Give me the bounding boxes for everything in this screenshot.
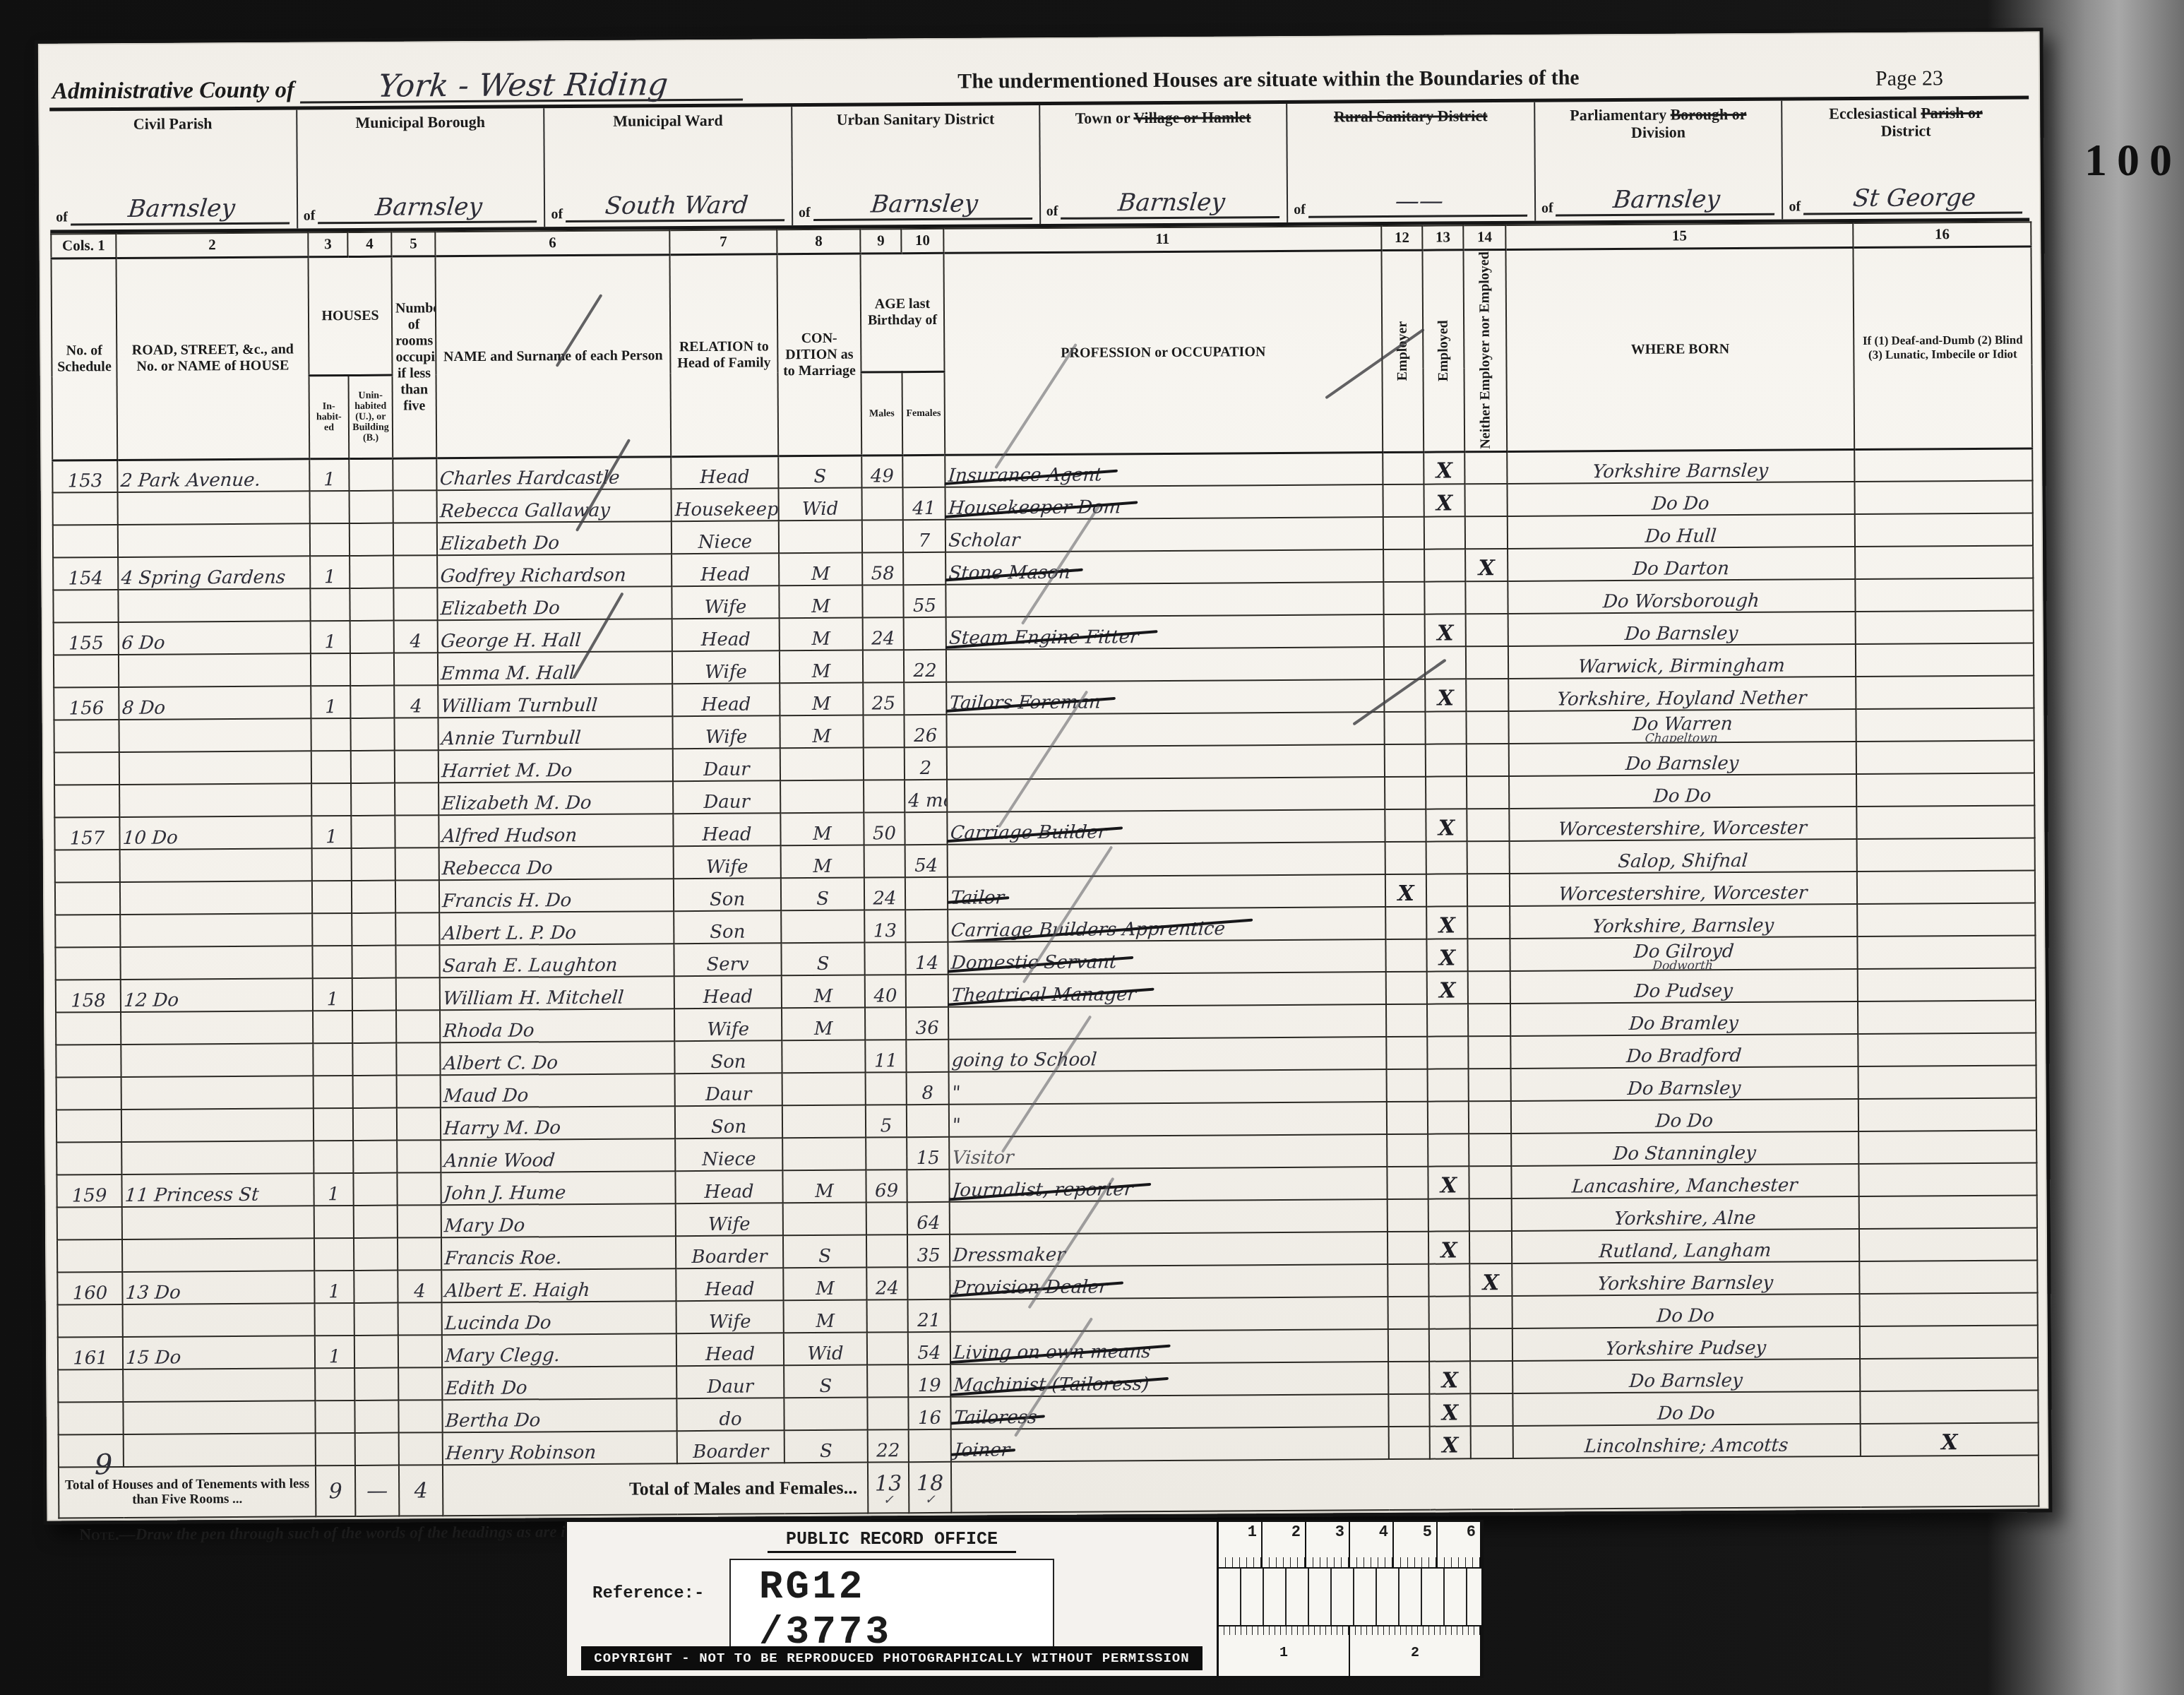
cell-employer (1383, 582, 1424, 614)
totals-females: 18✓ (909, 1462, 951, 1513)
census-scan: { "page": { "page_label": "Page 23", "ma… (0, 0, 2184, 1695)
cell-employed (1424, 517, 1465, 549)
col-number: 7 (669, 230, 777, 254)
header-age-group: AGE last Birthday of (860, 253, 944, 372)
cell-address (121, 1304, 316, 1338)
cell-rooms (395, 751, 438, 783)
cell-uninhabited (350, 491, 393, 523)
cell-inhabited: 1 (315, 1336, 354, 1368)
cell-inhabited: 1 (314, 1271, 354, 1303)
cell-inhabited: 1 (313, 978, 352, 1011)
cell-age_f: 64 (907, 1202, 950, 1235)
cell-condition: Wid (779, 488, 862, 521)
cell-where_born: Do WarrenChapeltown (1508, 709, 1858, 744)
cell-relation: Wife (672, 716, 780, 749)
cell-schedule (56, 1110, 121, 1143)
cell-infirmity (1858, 1001, 2036, 1035)
cell-employer (1385, 809, 1426, 842)
situate-line: The undermentioned Houses are situate wi… (744, 64, 1793, 100)
cell-occupation: Stone Mason (944, 549, 1385, 585)
header-schedule: No. of Schedule (51, 258, 117, 460)
cell-inhabited: 1 (310, 556, 350, 588)
cell-infirmity (1858, 1131, 2036, 1165)
cell-employed (1425, 647, 1466, 679)
cell-inhabited (314, 1141, 353, 1173)
cell-condition: M (782, 1170, 866, 1203)
cell-address (117, 492, 311, 525)
cell-age_f: 19 (908, 1364, 950, 1397)
ruler-number: 1 (1219, 1626, 1350, 1676)
cell-uninhabited (353, 1173, 397, 1206)
cell-neither (1465, 516, 1508, 549)
cell-rooms (398, 1336, 442, 1368)
cell-where_born: Worcestershire, Worcester (1508, 807, 1858, 841)
cell-inhabited (313, 1011, 352, 1043)
cell-employer (1388, 1394, 1429, 1427)
cell-occupation: Theatrical Manager (947, 972, 1388, 1007)
cell-schedule (58, 1304, 123, 1338)
cell-schedule (55, 915, 120, 948)
cell-schedule (56, 1077, 121, 1110)
cell-schedule: 158 (56, 980, 121, 1013)
cell-where_born: Do Stanningley (1510, 1131, 1860, 1166)
cell-age_m: 24 (863, 618, 904, 650)
field-value: Barnsley (813, 189, 1034, 221)
cell-employer: X (1385, 874, 1426, 907)
ruler-number: 2 (1350, 1626, 1481, 1676)
cell-where_born: Do GilroydDodworth (1509, 936, 1859, 971)
cell-address (118, 719, 313, 753)
cell-infirmity (1856, 806, 2034, 840)
census-page: Administrative County of York - West Rid… (35, 28, 2053, 1524)
cell-uninhabited (354, 1238, 398, 1271)
cell-address (120, 1109, 315, 1143)
cell-condition: M (780, 618, 863, 651)
cell-age_m (864, 845, 905, 878)
cell-inhabited (312, 913, 352, 946)
header-condition: CON-DITION as to Marriage (777, 254, 861, 456)
cell-where_born: Lincolnshire; Amcotts (1512, 1424, 1862, 1458)
cell-age_f: 36 (906, 1007, 948, 1040)
cell-inhabited (311, 653, 350, 686)
cell-occupation: Steam Engine Fitter (945, 614, 1385, 650)
cell-employer (1388, 1297, 1429, 1329)
cell-condition: S (781, 878, 864, 911)
cell-inhabited (310, 588, 350, 621)
cell-name: Elizabeth Do (436, 522, 673, 556)
cell-relation: do (676, 1398, 784, 1432)
cell-employed (1427, 1037, 1468, 1069)
cell-neither (1469, 1134, 1511, 1166)
header-name: NAME and Surname of each Person (435, 254, 671, 458)
cell-inhabited (315, 1368, 354, 1400)
cell-where_born: Salop, Shifnal (1508, 839, 1858, 874)
cell-name: Charles Hardcastle (436, 457, 673, 491)
cell-age_m (866, 1235, 907, 1268)
cell-age_f (905, 812, 947, 845)
cell-address (119, 849, 314, 883)
cell-relation: Serv (674, 944, 781, 977)
cell-employed (1427, 1004, 1468, 1037)
cell-address: 2 Park Avenue. (117, 459, 311, 493)
cell-inhabited: 1 (309, 458, 349, 491)
header-houses-group: HOUSES (308, 256, 392, 376)
cell-inhabited (316, 1433, 355, 1465)
cell-rooms (393, 556, 437, 588)
cell-where_born: Do Barnsley (1508, 742, 1858, 776)
cell-occupation: Tailor (946, 874, 1387, 910)
cell-where_born: Do Do (1512, 1391, 1862, 1426)
cell-schedule (53, 590, 118, 623)
cell-infirmity (1859, 1261, 2037, 1295)
cell-infirmity (1858, 1033, 2036, 1067)
cell-neither (1467, 776, 1509, 809)
cell-inhabited: 1 (311, 686, 350, 718)
cell-schedule: 160 (57, 1272, 122, 1305)
cell-where_born: Do Do (1506, 482, 1856, 516)
cell-uninhabited (350, 523, 393, 556)
cell-where_born: Lancashire, Manchester (1510, 1164, 1861, 1199)
ruler-bottom-scale: 12 (1219, 1626, 1481, 1676)
cell-inhabited (310, 491, 350, 523)
cell-employer (1386, 972, 1427, 1004)
cell-occupation: Carriage Builder (946, 809, 1387, 845)
cell-schedule (53, 492, 118, 525)
cell-address: 8 Do (117, 686, 312, 720)
cell-employer (1383, 452, 1424, 484)
cell-employer (1385, 842, 1426, 874)
cell-rooms (393, 491, 437, 523)
cell-rooms (398, 1303, 442, 1336)
cell-where_born: Do Pudsey (1509, 969, 1859, 1004)
cell-inhabited (314, 1108, 353, 1141)
cell-rooms (397, 1141, 441, 1173)
cell-uninhabited (349, 458, 393, 491)
cell-age_m (864, 780, 905, 813)
cell-age_m: 22 (868, 1430, 909, 1463)
cell-employed: X (1429, 1394, 1470, 1427)
field-value: —— (1308, 186, 1530, 218)
cell-condition: S (784, 1365, 867, 1398)
field-value: St George (1803, 183, 2025, 215)
page-number: Page 23 (1793, 66, 2026, 94)
cell-employer (1384, 614, 1425, 647)
cell-rooms (395, 881, 439, 913)
cell-age_f (904, 617, 946, 650)
cell-name: Harry M. Do (439, 1107, 676, 1141)
cell-neither (1467, 939, 1510, 971)
cell-inhabited (313, 1043, 352, 1076)
header-rooms: Number of rooms occupied if less than fi… (391, 256, 436, 458)
cell-inhabited (314, 1238, 354, 1271)
cell-occupation: Tailors Foreman (945, 679, 1385, 715)
cell-condition: S (784, 1430, 868, 1463)
cell-address: 10 Do (119, 816, 314, 850)
cell-inhabited: 1 (314, 1173, 353, 1206)
cell-occupation: Living on own means (949, 1329, 1390, 1364)
cell-infirmity (1857, 838, 2035, 872)
cell-infirmity (1856, 741, 2034, 775)
cell-occupation: Housekeeper Dom (944, 484, 1385, 520)
field-value: Barnsley (71, 194, 292, 225)
cell-infirmity (1857, 871, 2035, 905)
cell-age_m: 25 (863, 683, 904, 715)
cell-age_f: 21 (908, 1299, 950, 1332)
cell-uninhabited (354, 1206, 398, 1238)
cell-condition (782, 1138, 866, 1171)
cell-infirmity (1855, 546, 2033, 580)
cell-neither (1464, 451, 1507, 484)
cell-employed: X (1424, 452, 1464, 484)
cell-employer (1384, 647, 1425, 679)
cell-uninhabited (351, 751, 395, 783)
cell-neither (1470, 1328, 1512, 1361)
cell-neither (1469, 1069, 1511, 1101)
header-field-7: Ecclesiastical Parish orDistrictofSt Geo… (1783, 99, 2030, 219)
cell-where_born: Worcestershire, Worcester (1508, 872, 1858, 906)
cell-schedule: 155 (54, 622, 119, 655)
cell-employer (1388, 1264, 1428, 1297)
cell-employer (1386, 1004, 1427, 1037)
cell-rooms (393, 458, 436, 491)
cell-address (118, 751, 313, 785)
cell-occupation (945, 647, 1385, 682)
cell-condition (782, 1105, 866, 1138)
cell-uninhabited (351, 816, 395, 848)
cell-employed: X (1426, 907, 1467, 939)
cell-address: 15 Do (121, 1336, 316, 1370)
cell-relation: Daur (676, 1366, 784, 1399)
header-field-0: Civil ParishofBarnsley (49, 109, 298, 230)
cell-neither (1469, 1166, 1511, 1199)
col-number: Cols. 1 (51, 234, 116, 258)
cell-where_born: Do Bradford (1510, 1034, 1860, 1069)
header-females: Females (902, 371, 945, 455)
cell-age_m: 69 (866, 1170, 907, 1203)
cell-relation: Head (673, 814, 780, 847)
pro-copyright-bar: COPYRIGHT - NOT TO BE REPRODUCED PHOTOGR… (581, 1646, 1203, 1670)
cell-address: 13 Do (121, 1271, 316, 1305)
cell-address (118, 784, 313, 818)
cell-schedule (55, 947, 120, 980)
cell-uninhabited (353, 1141, 397, 1173)
cell-employer (1383, 484, 1424, 517)
cell-condition: S (778, 456, 861, 489)
cell-infirmity (1856, 708, 2034, 742)
cell-condition (779, 521, 862, 554)
cell-name: Sarah E. Laughton (438, 944, 676, 978)
cell-name: Lucinda Do (441, 1302, 678, 1336)
cell-age_f (902, 455, 945, 487)
cell-schedule: 157 (54, 817, 119, 850)
cell-employed (1426, 744, 1467, 777)
cell-age_m: 11 (865, 1040, 906, 1073)
cell-relation: Daur (673, 749, 780, 782)
cell-age_f (905, 910, 948, 942)
field-value: Barnsley (1061, 188, 1282, 220)
cell-infirmity (1856, 611, 2034, 645)
cell-name: Rebecca Gallaway (436, 489, 673, 523)
cell-uninhabited (353, 1108, 397, 1141)
cell-condition (784, 1398, 867, 1431)
cell-age_f: 7 (903, 520, 945, 552)
cell-occupation: Journalist, reporter (948, 1167, 1389, 1202)
cell-uninhabited (352, 1011, 396, 1043)
cell-employer (1383, 549, 1424, 582)
ruler-number: 1 (1219, 1522, 1263, 1567)
cell-rooms (395, 816, 438, 848)
cell-schedule (54, 785, 119, 818)
cell-schedule: 153 (52, 460, 117, 493)
piece-number-stamp: 100 (2084, 134, 2182, 186)
cell-employed: X (1428, 1232, 1469, 1264)
cell-rooms (397, 1108, 441, 1141)
cell-address (117, 654, 312, 688)
cell-age_m (862, 488, 903, 521)
cell-address (119, 1011, 314, 1045)
cell-age_m (864, 748, 905, 780)
cell-infirmity (1856, 773, 2034, 807)
cell-employed (1428, 1102, 1469, 1134)
header-field-3: Urban Sanitary DistrictofBarnsley (792, 105, 1041, 225)
cell-age_f: 54 (905, 845, 948, 877)
ruler-number: 2 (1263, 1522, 1306, 1567)
col-number: 12 (1381, 226, 1422, 250)
cell-occupation: Tailoress (950, 1394, 1390, 1429)
cell-name: Bertha Do (441, 1399, 679, 1433)
col-number: 15 (1505, 223, 1853, 249)
cell-uninhabited (354, 1303, 398, 1336)
cell-neither (1469, 1231, 1512, 1263)
cell-neither (1466, 614, 1508, 646)
cell-age_m: 58 (862, 553, 903, 585)
header-field-5: Rural Sanitary Districtof—— (1287, 102, 1536, 222)
totals-inhabited: 9 (316, 1465, 355, 1516)
header-employed: Employed (1422, 249, 1464, 452)
cell-relation: Son (674, 1041, 782, 1074)
cell-rooms (394, 653, 438, 686)
cell-relation: Wife (676, 1203, 783, 1237)
field-value: Barnsley (1556, 185, 1777, 217)
header-born: WHERE BORN (1505, 247, 1854, 451)
cell-relation: Wife (676, 1301, 784, 1334)
cell-schedule (55, 882, 120, 915)
cell-relation: Son (674, 879, 781, 912)
cell-employer (1389, 1427, 1430, 1459)
cell-rooms: 4 (394, 621, 438, 653)
cell-neither (1469, 1199, 1512, 1231)
cell-employed: X (1426, 809, 1467, 842)
cell-relation: Niece (672, 521, 779, 554)
cell-rooms (395, 848, 439, 881)
cell-uninhabited (350, 653, 394, 686)
totals-mf-label: Total of Males and Females... (443, 1463, 868, 1516)
cell-employed (1426, 842, 1467, 874)
cell-where_born: Rutland, Langham (1510, 1229, 1861, 1263)
header-employer: Employer (1381, 250, 1424, 453)
pro-reference-label: Reference:- (592, 1584, 704, 1603)
cell-name: Annie Wood (439, 1139, 676, 1173)
cell-uninhabited (352, 978, 396, 1011)
cell-schedule: 161 (58, 1337, 123, 1370)
cell-employed (1425, 712, 1466, 744)
cell-age_m (867, 1333, 908, 1365)
cell-uninhabited (354, 1368, 398, 1400)
cell-where_born: Yorkshire, Alne (1510, 1196, 1861, 1231)
cell-relation: Wife (672, 651, 780, 684)
cell-occupation: Machinist (Tailoress) (949, 1362, 1390, 1397)
ruler-top-scale: 123456 (1219, 1522, 1481, 1569)
col-number: 8 (777, 230, 860, 254)
cell-rooms (396, 1011, 440, 1043)
cell-rooms (395, 946, 439, 978)
cell-relation: Head (674, 976, 782, 1009)
cell-neither (1470, 1361, 1512, 1393)
enumeration-table: Cols. 12345678910111213141516 No. of Sch… (50, 221, 2039, 1519)
cell-condition: M (784, 1300, 867, 1333)
cell-condition (782, 1040, 865, 1073)
cell-employed: X (1425, 679, 1466, 712)
cell-uninhabited (352, 946, 395, 978)
cell-employer (1388, 1199, 1428, 1232)
cell-age_f (904, 682, 946, 715)
pro-office-title: PUBLIC RECORD OFFICE (768, 1529, 1016, 1553)
cell-neither (1465, 581, 1508, 614)
cell-neither (1470, 1393, 1512, 1426)
cell-age_f: 2 (905, 747, 947, 780)
cell-employed: X (1429, 1362, 1470, 1394)
header-field-4: Town or Village or HamletofBarnsley (1040, 104, 1289, 224)
cell-age_m (867, 1365, 908, 1398)
cell-name: Elizabeth Do (436, 587, 674, 621)
cell-schedule (58, 1369, 123, 1403)
cell-name: Francis H. Do (438, 879, 675, 913)
cell-name: Godfrey Richardson (436, 554, 673, 588)
cell-infirmity (1854, 448, 2032, 482)
cell-age_f (907, 1105, 949, 1137)
cell-rooms (395, 783, 438, 816)
cell-schedule (56, 1045, 121, 1078)
cell-schedule (55, 850, 120, 883)
cell-where_born: Do Do (1508, 774, 1858, 809)
cell-condition (780, 748, 864, 781)
header-infirmity: If (1) Deaf-and-Dumb (2) Blind (3) Lunat… (1853, 246, 2032, 449)
cell-relation: Son (675, 1106, 782, 1139)
cell-uninhabited (354, 1400, 398, 1433)
header-field-2: Municipal WardofSouth Ward (544, 107, 793, 227)
cell-where_born: Do Hull (1506, 514, 1856, 549)
cell-address (120, 1076, 315, 1110)
cell-employed (1428, 1264, 1469, 1297)
cell-schedule (57, 1207, 122, 1240)
cell-occupation: " (948, 1069, 1388, 1105)
cell-infirmity (1859, 1196, 2037, 1230)
totals-rooms: 4 (399, 1465, 443, 1516)
cell-infirmity (1860, 1391, 2038, 1425)
cell-age_f: 35 (907, 1235, 950, 1267)
cell-neither (1466, 646, 1508, 679)
cell-address (121, 1369, 316, 1403)
cell-uninhabited (350, 556, 393, 588)
cell-inhabited (311, 718, 350, 751)
cell-inhabited (311, 783, 351, 816)
cell-occupation (945, 744, 1386, 780)
cell-inhabited (315, 1303, 354, 1336)
cell-employed (1426, 777, 1467, 809)
cell-relation: Housekeeper (672, 489, 779, 522)
cell-neither (1464, 484, 1507, 516)
col-number: 11 (943, 226, 1381, 253)
